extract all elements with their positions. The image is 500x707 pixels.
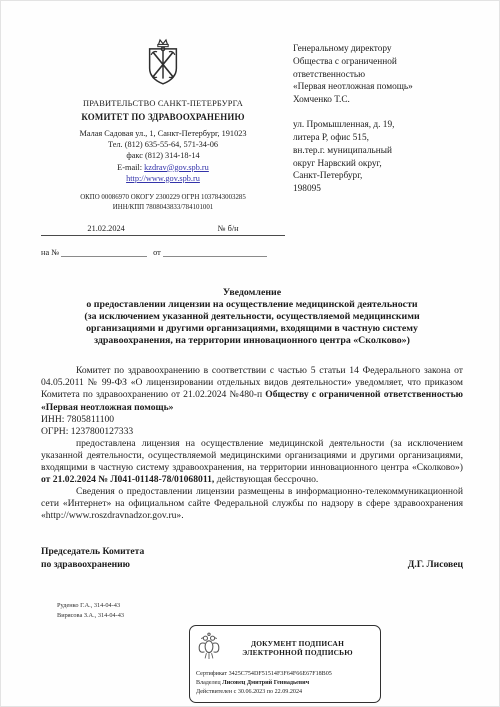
executor-contact-line: Руденко Г.А., 314-04-43	[57, 601, 463, 611]
title-subtitle-line: о предоставлении лицензии на осуществлен…	[41, 299, 463, 311]
email-label: E-mail:	[117, 163, 142, 172]
stamp-details: Сертификат 3425C754DF51514F3F64F66E67F18…	[196, 670, 373, 697]
stamp-title-line: ДОКУМЕНТ ПОДПИСАН	[222, 639, 373, 649]
signer-position: Председатель Комитета по здравоохранению	[41, 546, 144, 571]
committee-name: КОМИТЕТ ПО ЗДРАВООХРАНЕНИЮ	[41, 112, 285, 122]
validity-label: Действителен	[196, 689, 232, 695]
ref-number-blank	[61, 247, 147, 257]
addressee-address-line: Санкт-Петербург,	[293, 170, 463, 183]
ref-date-blank	[163, 247, 267, 257]
inn-kpp-line: ИНН/КПП 7808043833/784101001	[41, 203, 285, 213]
st-petersburg-coat-of-arms-icon	[140, 37, 186, 94]
okpo-line: ОКПО 00086970 ОКОГУ 2300229 ОГРН 1037843…	[41, 193, 285, 203]
signer-position-line: по здравоохранению	[41, 559, 144, 571]
paragraph-2-license-number-bold: от 21.02.2024 № Л041-01148-78/01068011,	[41, 474, 214, 485]
owner-value: Лисовец Дмитрий Геннадьевич	[222, 680, 309, 686]
signature-block: Председатель Комитета по здравоохранению…	[41, 546, 463, 571]
addressee-address-line: ул. Промышленная, д. 19,	[293, 119, 463, 132]
email-link[interactable]: kzdrav@gov.spb.ru	[144, 163, 209, 172]
addressee-line: Хомченко Т.С.	[293, 94, 463, 107]
email-line: E-mail: kzdrav@gov.spb.ru	[41, 162, 285, 173]
contact-block: Малая Садовая ул., 1, Санкт-Петербург, 1…	[41, 128, 285, 184]
document-title: Уведомление о предоставлении лицензии на…	[41, 287, 463, 347]
executor-contacts: Руденко Г.А., 314-04-43 Вирясова З.А., 3…	[57, 601, 463, 621]
title-subtitle-line: (за исключением указанной деятельности, …	[41, 311, 463, 323]
ref-na-label: на №	[41, 248, 59, 257]
letterhead-left-column: ПРАВИТЕЛЬСТВО САНКТ-ПЕТЕРБУРГА КОМИТЕТ П…	[41, 37, 285, 257]
phone-line: Тел. (812) 635-55-64, 571-34-06	[41, 139, 285, 150]
government-line: ПРАВИТЕЛЬСТВО САНКТ-ПЕТЕРБУРГА	[41, 99, 285, 108]
inn-line: ИНН: 7805811100	[41, 414, 463, 426]
registry-codes: ОКПО 00086970 ОКОГУ 2300229 ОГРН 1037843…	[41, 193, 285, 213]
paragraph-2-text: предоставлена лицензия на осуществление …	[41, 438, 463, 473]
addressee-address-line: округ Нарвский округ,	[293, 158, 463, 171]
postal-address: Малая Садовая ул., 1, Санкт-Петербург, 1…	[41, 128, 285, 139]
document-date-row: 21.02.2024 № б/н	[41, 224, 285, 236]
certificate-value: 3425C754DF51514F3F64F66E67F18B05	[229, 671, 332, 677]
letterhead: ПРАВИТЕЛЬСТВО САНКТ-ПЕТЕРБУРГА КОМИТЕТ П…	[41, 37, 463, 257]
title-heading: Уведомление	[41, 287, 463, 299]
document-number: № б/н	[218, 224, 239, 233]
validity-value: с 30.06.2023 по 22.09.2024	[234, 689, 302, 695]
executor-contact-line: Вирясова З.А., 314-04-43	[57, 611, 463, 621]
addressee-line: «Первая неотложная помощь»	[293, 81, 463, 94]
addressee-address-line: вн.тер.г. муниципальный	[293, 145, 463, 158]
addressee-gap	[293, 107, 463, 119]
ogrn-line: ОГРН: 1237800127333	[41, 426, 463, 438]
addressee-line: ответственностью	[293, 69, 463, 82]
document-date: 21.02.2024	[87, 224, 124, 233]
addressee-block: Генеральному директору Общества с ограни…	[285, 37, 463, 257]
double-headed-eagle-icon	[196, 631, 222, 666]
paragraph-3: Сведения о предоставлении лицензии разме…	[41, 486, 463, 522]
signer-position-line: Председатель Комитета	[41, 546, 144, 558]
paragraph-1: Комитет по здравоохранению в соответстви…	[41, 365, 463, 413]
signer-name: Д.Г. Лисовец	[408, 559, 463, 571]
addressee-line: Общества с ограниченной	[293, 56, 463, 69]
addressee-address-line: литера Р, офис 515,	[293, 132, 463, 145]
validity-line: Действителен с 30.06.2023 по 22.09.2024	[196, 688, 373, 697]
ref-ot-label: от	[153, 248, 161, 257]
fax-line: факс (812) 314-18-14	[41, 150, 285, 161]
website-link[interactable]: http://www.gov.spb.ru	[126, 174, 200, 183]
title-subtitle-line: организациями и другими организациями, в…	[41, 323, 463, 335]
paragraph-2: предоставлена лицензия на осуществление …	[41, 438, 463, 486]
website-line: http://www.gov.spb.ru	[41, 173, 285, 184]
document-page: ПРАВИТЕЛЬСТВО САНКТ-ПЕТЕРБУРГА КОМИТЕТ П…	[0, 0, 500, 707]
stamp-header: ДОКУМЕНТ ПОДПИСАН ЭЛЕКТРОННОЙ ПОДПИСЬЮ	[196, 631, 373, 666]
owner-line: Владелец Лисовец Дмитрий Геннадьевич	[196, 679, 373, 688]
certificate-line: Сертификат 3425C754DF51514F3F64F66E67F18…	[196, 670, 373, 679]
paragraph-2-text-end: действующая бессрочно.	[217, 474, 319, 485]
letter-body: Комитет по здравоохранению в соответстви…	[41, 365, 463, 522]
stamp-title: ДОКУМЕНТ ПОДПИСАН ЭЛЕКТРОННОЙ ПОДПИСЬЮ	[222, 639, 373, 658]
certificate-label: Сертификат	[196, 671, 227, 677]
title-subtitle-line: здравоохранения, на территории инновацио…	[41, 335, 463, 347]
stamp-title-line: ЭЛЕКТРОННОЙ ПОДПИСЬЮ	[222, 648, 373, 658]
addressee-line: Генеральному директору	[293, 43, 463, 56]
reference-row: на № от	[41, 247, 285, 257]
addressee-address-line: 198095	[293, 183, 463, 196]
electronic-signature-stamp: ДОКУМЕНТ ПОДПИСАН ЭЛЕКТРОННОЙ ПОДПИСЬЮ С…	[189, 625, 381, 703]
owner-label: Владелец	[196, 680, 221, 686]
